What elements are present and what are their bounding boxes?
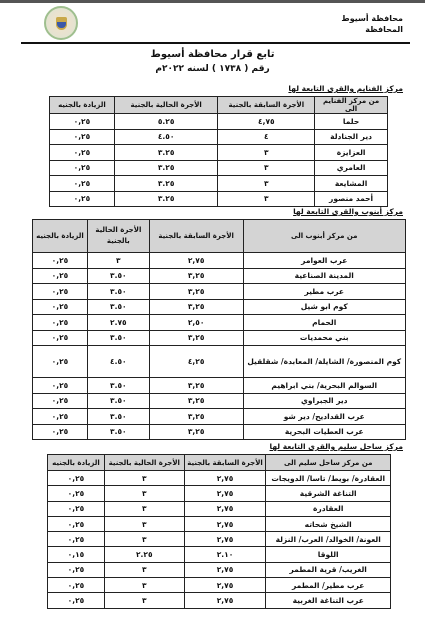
current-fare-cell: ٣ bbox=[104, 471, 184, 486]
increase-cell: ٠,٢٥ bbox=[48, 562, 105, 577]
current-fare-cell: ٣.٢٥ bbox=[114, 176, 218, 192]
decree-number: رقم ( ١٧٣٨ ) لسنه ٢٠٢٢م bbox=[0, 64, 425, 74]
previous-fare-cell: ٣ bbox=[218, 191, 315, 207]
previous-fare-cell: ٣,٢٥ bbox=[149, 299, 243, 315]
destination-cell: الشيخ شحاته bbox=[266, 516, 391, 531]
current-fare-cell: ٣ bbox=[104, 501, 184, 516]
destination-cell: العامري bbox=[315, 160, 388, 176]
office-name: المحافظة bbox=[341, 24, 403, 35]
current-fare-cell: ٣.٥٠ bbox=[87, 284, 149, 300]
previous-fare-cell: ٢,٧٥ bbox=[184, 516, 266, 531]
table-header-row: من مركز أبنوب الى الأجرة السابقة بالجنية… bbox=[33, 220, 406, 253]
destination-cell: عرب مطير bbox=[243, 284, 406, 300]
previous-fare-cell: ٣ bbox=[218, 145, 315, 161]
destination-cell: المدينة الصناعية bbox=[243, 268, 406, 284]
table-row: المشايعة٣٣.٢٥٠,٢٥ bbox=[50, 176, 388, 192]
table-row: الشيخ شحاته٢,٧٥٣٠,٢٥ bbox=[48, 516, 391, 531]
previous-fare-cell: ٢,٧٥ bbox=[184, 501, 266, 516]
destination-cell: عرب العطيات البحرية bbox=[243, 424, 406, 440]
previous-fare-cell: ٣,٢٥ bbox=[149, 330, 243, 346]
current-fare-cell: ٣.٥٠ bbox=[87, 409, 149, 425]
previous-fare-cell: ٢,٧٥ bbox=[184, 532, 266, 547]
table-row: كوم المنصورة/ الشايلة/ المعابدة/ شقلقيل٤… bbox=[33, 346, 406, 378]
current-fare-cell: ٣.٥٠ bbox=[87, 299, 149, 315]
previous-fare-cell: ٣ bbox=[218, 176, 315, 192]
table-row: عرب مطير/ المطمر٢,٧٥٣٠,٢٥ bbox=[48, 578, 391, 593]
increase-cell: ٠,٢٥ bbox=[33, 299, 88, 315]
increase-cell: ٠,١٥ bbox=[48, 547, 105, 562]
col-increase: الزيادة بالجنيه bbox=[48, 455, 105, 471]
previous-fare-cell: ٣,٢٥ bbox=[149, 378, 243, 394]
governorate-name: محافظة أسيوط bbox=[341, 13, 403, 24]
table-row: عرب العطيات البحرية٣,٢٥٣.٥٠٠,٢٥ bbox=[33, 424, 406, 440]
destination-cell: العونة/ الخوالد/ العرب/ النزلة bbox=[266, 532, 391, 547]
current-fare-cell: ٣ bbox=[87, 253, 149, 269]
increase-cell: ٠,٢٥ bbox=[33, 330, 88, 346]
previous-fare-cell: ٣,٢٥ bbox=[149, 284, 243, 300]
increase-cell: ٠,٢٥ bbox=[48, 593, 105, 608]
current-fare-cell: ٣ bbox=[104, 578, 184, 593]
previous-fare-cell: ٣,٢٥ bbox=[149, 424, 243, 440]
destination-cell: الغريب/ قرية المطمر bbox=[266, 562, 391, 577]
col-current-fare: الأجرة الحالية بالجنية bbox=[104, 455, 184, 471]
current-fare-cell: ٢.٢٥ bbox=[104, 547, 184, 562]
col-previous-fare: الأجرة السابقة بالجنية bbox=[184, 455, 266, 471]
table-row: التناغة الشرقية٢,٧٥٣٠,٢٥ bbox=[48, 486, 391, 501]
previous-fare-cell: ٣,٢٥ bbox=[149, 409, 243, 425]
current-fare-cell: ٣.٥٠ bbox=[87, 268, 149, 284]
table-row: دير الجبراوي٣,٢٥٣.٥٠٠,٢٥ bbox=[33, 393, 406, 409]
destination-cell: اللوقا bbox=[266, 547, 391, 562]
increase-cell: ٠,٢٥ bbox=[50, 114, 115, 130]
destination-cell: عرب مطير/ المطمر bbox=[266, 578, 391, 593]
previous-fare-cell: ٢,٧٥ bbox=[184, 471, 266, 486]
previous-fare-cell: ٣,٢٥ bbox=[149, 268, 243, 284]
previous-fare-cell: ٣ bbox=[218, 160, 315, 176]
previous-fare-cell: ٢,٧٥ bbox=[184, 486, 266, 501]
table-row: العزايزة٣٣.٢٥٠,٢٥ bbox=[50, 145, 388, 161]
section-title-fanayem: مركز الفنايم والقرى التابعة لها bbox=[288, 84, 403, 93]
table-row: عرب التناغة الغربية٢,٧٥٣٠,٢٥ bbox=[48, 593, 391, 608]
destination-cell: العقادرة/ بويط/ تاسا/ الدويجات bbox=[266, 471, 391, 486]
increase-cell: ٠,٢٥ bbox=[48, 486, 105, 501]
current-fare-cell: ٣ bbox=[104, 516, 184, 531]
table-row: اللوقا٢.١٠٢.٢٥٠,١٥ bbox=[48, 547, 391, 562]
increase-cell: ٠,٢٥ bbox=[33, 253, 88, 269]
increase-cell: ٠,٢٥ bbox=[33, 346, 88, 378]
table-row: عرب مطير٣,٢٥٣.٥٠٠,٢٥ bbox=[33, 284, 406, 300]
increase-cell: ٠,٢٥ bbox=[50, 176, 115, 192]
col-destination: من مركز ساحل سليم الى bbox=[266, 455, 391, 471]
current-fare-cell: ٣ bbox=[104, 486, 184, 501]
destination-cell: العقادرة bbox=[266, 501, 391, 516]
table-row: العونة/ الخوالد/ العرب/ النزلة٢,٧٥٣٠,٢٥ bbox=[48, 532, 391, 547]
table-row: المدينة الصناعية٣,٢٥٣.٥٠٠,٢٥ bbox=[33, 268, 406, 284]
increase-cell: ٠,٢٥ bbox=[33, 409, 88, 425]
table-row: الغريب/ قرية المطمر٢,٧٥٣٠,٢٥ bbox=[48, 562, 391, 577]
destination-cell: عرب القداديح/ دير شو bbox=[243, 409, 406, 425]
previous-fare-cell: ٢,٧٥ bbox=[184, 562, 266, 577]
previous-fare-cell: ٤,٢٥ bbox=[149, 346, 243, 378]
current-fare-cell: ٣.٢٥ bbox=[114, 191, 218, 207]
table-row: عرب العوامر٢,٧٥٣٠,٢٥ bbox=[33, 253, 406, 269]
increase-cell: ٠,٢٥ bbox=[50, 160, 115, 176]
destination-cell: دير الجبراوي bbox=[243, 393, 406, 409]
table-row: السوالم البحرية/ بني ابراهيم٣,٢٥٣.٥٠٠,٢٥ bbox=[33, 378, 406, 394]
destination-cell: التناغة الشرقية bbox=[266, 486, 391, 501]
table-row: العقادرة/ بويط/ تاسا/ الدويجات٢,٧٥٣٠,٢٥ bbox=[48, 471, 391, 486]
col-destination: من مركز الفنايم الى bbox=[315, 97, 388, 114]
increase-cell: ٠,٢٥ bbox=[50, 145, 115, 161]
destination-cell: الحمام bbox=[243, 315, 406, 331]
current-fare-cell: ٥.٢٥ bbox=[114, 114, 218, 130]
current-fare-cell: ٣.٢٥ bbox=[114, 145, 218, 161]
table-row: دير الجنادلة٤٤.٥٠٠,٢٥ bbox=[50, 129, 388, 145]
increase-cell: ٠,٢٥ bbox=[48, 501, 105, 516]
section-title-abnoub: مركز أبنوب والقرى التابعة لها bbox=[293, 207, 403, 216]
increase-cell: ٠,٢٥ bbox=[33, 315, 88, 331]
current-fare-cell: ٣.٥٠ bbox=[87, 393, 149, 409]
table-row: كوم ابو شيل٣,٢٥٣.٥٠٠,٢٥ bbox=[33, 299, 406, 315]
increase-cell: ٠,٢٥ bbox=[33, 268, 88, 284]
table-header-row: من مركز ساحل سليم الى الأجرة السابقة بال… bbox=[48, 455, 391, 471]
destination-cell: السوالم البحرية/ بني ابراهيم bbox=[243, 378, 406, 394]
fares-table-fanayem: من مركز الفنايم الى الأجرة السابقة بالجن… bbox=[49, 96, 388, 207]
document-header: محافظة أسيوط المحافظة bbox=[0, 3, 425, 43]
increase-cell: ٠,٢٥ bbox=[48, 532, 105, 547]
current-fare-cell: ٣ bbox=[104, 532, 184, 547]
table-row: العقادرة٢,٧٥٣٠,٢٥ bbox=[48, 501, 391, 516]
current-fare-cell: ٣.٢٥ bbox=[114, 160, 218, 176]
previous-fare-cell: ٤,٧٥ bbox=[218, 114, 315, 130]
table-header-row: من مركز الفنايم الى الأجرة السابقة بالجن… bbox=[50, 97, 388, 114]
col-current-fare: الأجرة الحالية بالجنية bbox=[114, 97, 218, 114]
table-row: أحمد منصور٣٣.٢٥٠,٢٥ bbox=[50, 191, 388, 207]
previous-fare-cell: ٢.١٠ bbox=[184, 547, 266, 562]
current-fare-cell: ٢.٧٥ bbox=[87, 315, 149, 331]
col-increase: الزيادة بالجنيه bbox=[33, 220, 88, 253]
col-previous-fare: الأجرة السابقة بالجنية bbox=[149, 220, 243, 253]
table-row: العامري٣٣.٢٥٠,٢٥ bbox=[50, 160, 388, 176]
destination-cell: أحمد منصور bbox=[315, 191, 388, 207]
previous-fare-cell: ٢,٧٥ bbox=[184, 578, 266, 593]
governorate-label: محافظة أسيوط المحافظة bbox=[341, 13, 403, 35]
table-row: عرب القداديح/ دير شو٣,٢٥٣.٥٠٠,٢٥ bbox=[33, 409, 406, 425]
col-previous-fare: الأجرة السابقة بالجنية bbox=[218, 97, 315, 114]
current-fare-cell: ٤.٥٠ bbox=[114, 129, 218, 145]
col-increase: الزيادة بالجنيه bbox=[50, 97, 115, 114]
col-current-fare: الأجرة الحالية بالجنية bbox=[87, 220, 149, 253]
previous-fare-cell: ٤ bbox=[218, 129, 315, 145]
increase-cell: ٠,٢٥ bbox=[33, 284, 88, 300]
current-fare-cell: ٤.٥٠ bbox=[87, 346, 149, 378]
increase-cell: ٠,٢٥ bbox=[33, 378, 88, 394]
previous-fare-cell: ٢,٧٥ bbox=[149, 253, 243, 269]
current-fare-cell: ٣ bbox=[104, 562, 184, 577]
destination-cell: حلما bbox=[315, 114, 388, 130]
section-title-sahel-selim: مركز ساحل سليم والقرى التابعة لها bbox=[270, 442, 404, 451]
destination-cell: المشايعة bbox=[315, 176, 388, 192]
governorate-emblem-icon bbox=[44, 6, 78, 40]
increase-cell: ٠,٢٥ bbox=[48, 471, 105, 486]
increase-cell: ٠,٢٥ bbox=[33, 393, 88, 409]
previous-fare-cell: ٣,٢٥ bbox=[149, 393, 243, 409]
destination-cell: عرب العوامر bbox=[243, 253, 406, 269]
increase-cell: ٠,٢٥ bbox=[48, 578, 105, 593]
header-divider bbox=[21, 42, 410, 44]
previous-fare-cell: ٢,٧٥ bbox=[184, 593, 266, 608]
increase-cell: ٠,٢٥ bbox=[50, 129, 115, 145]
current-fare-cell: ٣.٥٠ bbox=[87, 378, 149, 394]
previous-fare-cell: ٢,٥٠ bbox=[149, 315, 243, 331]
col-destination: من مركز أبنوب الى bbox=[243, 220, 406, 253]
increase-cell: ٠,٢٥ bbox=[48, 516, 105, 531]
table-row: الحمام٢,٥٠٢.٧٥٠,٢٥ bbox=[33, 315, 406, 331]
increase-cell: ٠,٢٥ bbox=[33, 424, 88, 440]
destination-cell: دير الجنادلة bbox=[315, 129, 388, 145]
fares-table-sahel-selim: من مركز ساحل سليم الى الأجرة السابقة بال… bbox=[47, 454, 391, 609]
destination-cell: عرب التناغة الغربية bbox=[266, 593, 391, 608]
table-row: حلما٤,٧٥٥.٢٥٠,٢٥ bbox=[50, 114, 388, 130]
destination-cell: كوم ابو شيل bbox=[243, 299, 406, 315]
increase-cell: ٠,٢٥ bbox=[50, 191, 115, 207]
fares-table-abnoub: من مركز أبنوب الى الأجرة السابقة بالجنية… bbox=[32, 219, 406, 440]
current-fare-cell: ٣ bbox=[104, 593, 184, 608]
destination-cell: كوم المنصورة/ الشايلة/ المعابدة/ شقلقيل bbox=[243, 346, 406, 378]
shield-icon bbox=[56, 17, 67, 30]
destination-cell: العزايزة bbox=[315, 145, 388, 161]
table-row: بني محمديات٣,٢٥٣.٥٠٠,٢٥ bbox=[33, 330, 406, 346]
current-fare-cell: ٣.٥٠ bbox=[87, 330, 149, 346]
destination-cell: بني محمديات bbox=[243, 330, 406, 346]
document-title: تابع قرار محافظة أسيوط bbox=[0, 49, 425, 60]
current-fare-cell: ٣.٥٠ bbox=[87, 424, 149, 440]
